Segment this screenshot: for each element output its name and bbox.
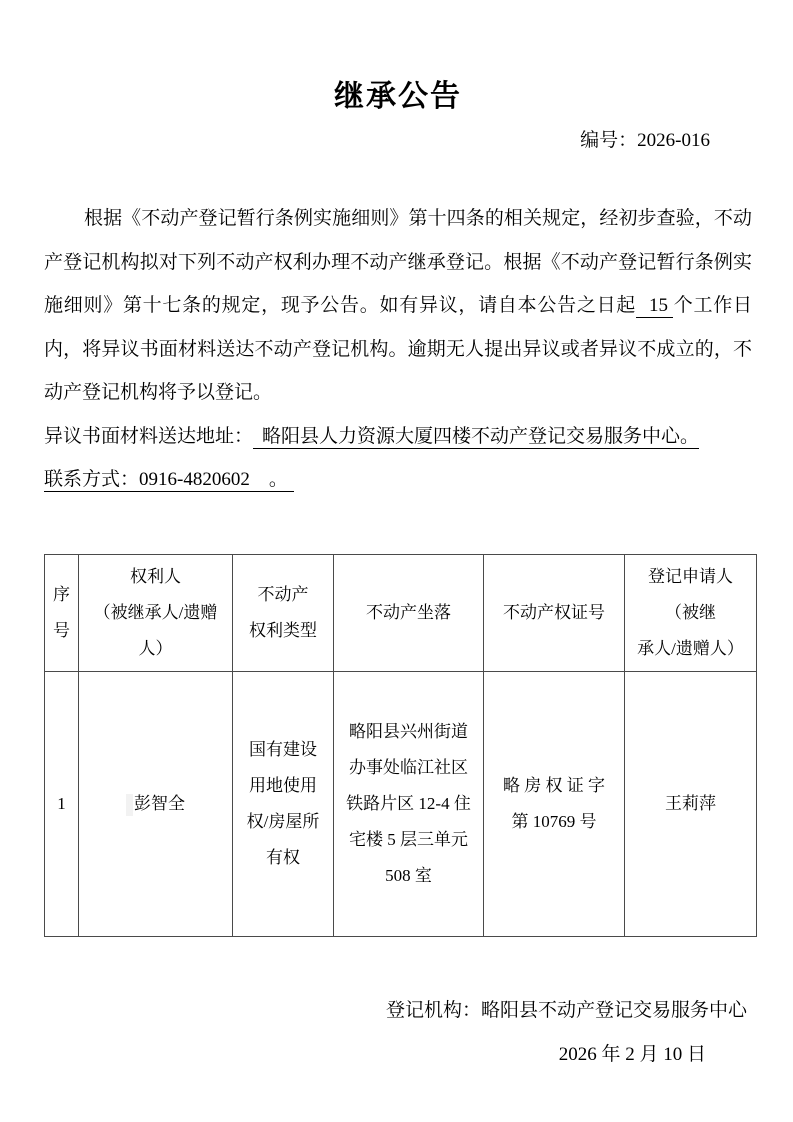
announcement-table: 序 号 权利人 （被继承人/遗赠 人） 不动产 权利类型 不动产坐落 不动产权证… bbox=[44, 554, 757, 937]
cell-seq: 1 bbox=[45, 671, 79, 936]
cell-cert-no: 略 房 权 证 字 第 10769 号 bbox=[484, 671, 625, 936]
table-row: 1 彭智全 国有建设 用地使用 权/房屋所 有权 略阳县兴州街道 办事处临江社区… bbox=[45, 671, 757, 936]
header-location: 不动产坐落 bbox=[334, 554, 484, 671]
address-line: 异议书面材料送达地址：略阳县人力资源大厦四楼不动产登记交易服务中心。 bbox=[44, 415, 752, 459]
contact-line: 联系方式：0916-4820602 。 bbox=[44, 458, 752, 502]
objection-days-value: 15 bbox=[636, 295, 673, 318]
address-label: 异议书面材料送达地址： bbox=[44, 426, 253, 447]
doc-number: 编号：2026-016 bbox=[44, 129, 752, 153]
footer: 登记机构：略阳县不动产登记交易服务中心 2026 年 2 月 10 日 bbox=[44, 989, 752, 1077]
cell-applicant: 王莉萍 bbox=[625, 671, 757, 936]
header-seq: 序 号 bbox=[45, 554, 79, 671]
cell-location: 略阳县兴州街道 办事处临江社区 铁路片区 12-4 住 宅楼 5 层三单元 50… bbox=[334, 671, 484, 936]
header-applicant: 登记申请人（被继 承人/遗赠人） bbox=[625, 554, 757, 671]
registry-line: 登记机构：略阳县不动产登记交易服务中心 bbox=[44, 989, 752, 1033]
table-header-row: 序 号 权利人 （被继承人/遗赠 人） 不动产 权利类型 不动产坐落 不动产权证… bbox=[45, 554, 757, 671]
header-right-holder: 权利人 （被继承人/遗赠 人） bbox=[79, 554, 233, 671]
document-page: 继承公告 编号：2026-016 根据《不动产登记暂行条例实施细则》第十四条的相… bbox=[0, 0, 793, 1122]
body-text: 根据《不动产登记暂行条例实施细则》第十四条的相关规定，经初步查验，不动产登记机构… bbox=[44, 197, 752, 502]
intro-paragraph: 根据《不动产登记暂行条例实施细则》第十四条的相关规定，经初步查验，不动产登记机构… bbox=[44, 197, 752, 415]
address-value: 略阳县人力资源大厦四楼不动产登记交易服务中心。 bbox=[253, 426, 699, 449]
right-holder-name: 彭智全 bbox=[134, 794, 185, 813]
header-right-type: 不动产 权利类型 bbox=[233, 554, 334, 671]
page-title: 继承公告 bbox=[44, 80, 752, 114]
contact-text: 联系方式：0916-4820602 。 bbox=[44, 469, 294, 492]
highlight-artifact bbox=[126, 794, 133, 816]
cell-right-type: 国有建设 用地使用 权/房屋所 有权 bbox=[233, 671, 334, 936]
header-cert-no: 不动产权证号 bbox=[484, 554, 625, 671]
cell-right-holder: 彭智全 bbox=[79, 671, 233, 936]
date-line: 2026 年 2 月 10 日 bbox=[44, 1033, 752, 1077]
